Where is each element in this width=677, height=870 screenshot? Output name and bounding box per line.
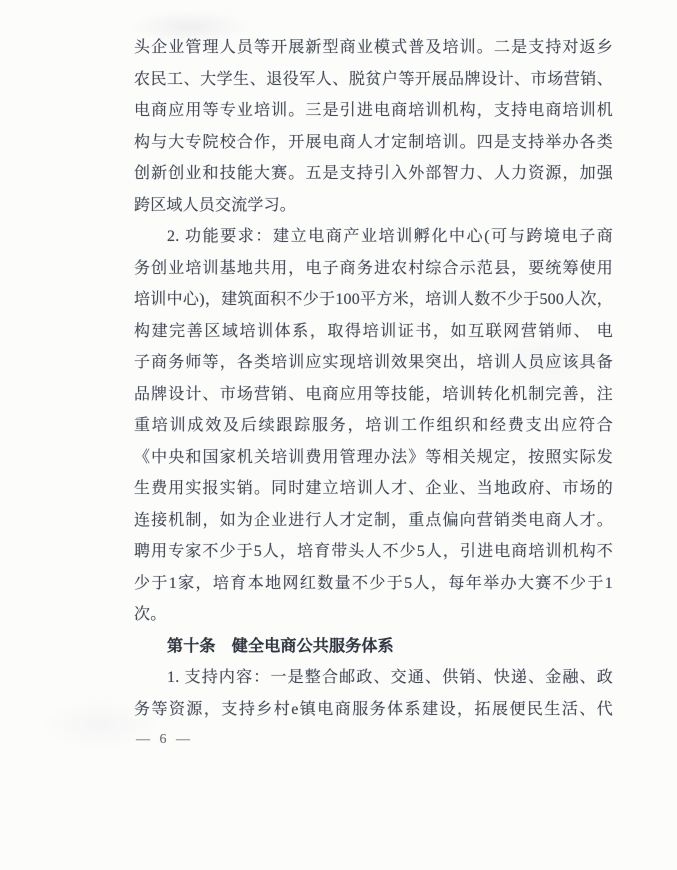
text-line: 跨区域人员交流学习。 [134,190,613,222]
text-line: 创新创业和技能大赛。五是支持引入外部智力、人力资源，加强 [134,158,613,190]
document-text-block: 头企业管理人员等开展新型商业模式普及培训。二是支持对返乡农民工、大学生、退役军人… [134,32,613,725]
scanned-document-page: 头企业管理人员等开展新型商业模式普及培训。二是支持对返乡农民工、大学生、退役军人… [0,0,677,870]
text-line: 务等资源，支持乡村e镇电商服务体系建设，拓展便民生活、代 [134,694,613,726]
text-line: 品牌设计、市场营销、电商应用等技能，培训转化机制完善，注 [134,379,613,411]
text-line: 构建完善区域培训体系，取得培训证书，如互联网营销师、 电 [134,316,613,348]
text-line: 生费用实报实销。同时建立培训人才、企业、当地政府、市场的 [134,473,613,505]
text-line: 子商务师等，各类培训应实现培训效果突出，培训人员应该具备 [134,347,613,379]
text-line: 《中央和国家机关培训费用管理办法》等相关规定，按照实际发 [134,442,613,474]
text-line: 聘用专家不少于5人，培育带头人不少5人，引进电商培训机构不 [134,536,613,568]
text-line: 1. 支持内容：一是整合邮政、交通、供销、快递、金融、政 [134,662,613,694]
text-line: 电商应用等专业培训。三是引进电商培训机构，支持电商培训机 [134,95,613,127]
text-line: 农民工、大学生、退役军人、脱贫户等开展品牌设计、市场营销、 [134,64,613,96]
text-line: 连接机制，如为企业进行人才定制，重点偏向营销类电商人才。 [134,505,613,537]
text-line: 构与大专院校合作，开展电商人才定制培训。四是支持举办各类 [134,127,613,159]
text-line: 培训中心)，建筑面积不少于100平方米，培训人数不少于500人次， [134,284,613,316]
text-line: 务创业培训基地共用，电子商务进农村综合示范县，要统筹使用 [134,253,613,285]
page-number: — 6 — [136,730,193,750]
text-line: 次。 [134,599,613,631]
text-line: 重培训成效及后续跟踪服务，培训工作组织和经费支出应符合 [134,410,613,442]
text-line: 少于1家，培育本地网红数量不少于5人，每年举办大赛不少于1 [134,568,613,600]
text-line: 头企业管理人员等开展新型商业模式普及培训。二是支持对返乡 [134,32,613,64]
section-heading: 第十条 健全电商公共服务体系 [134,631,613,663]
text-line: 2. 功能要求：建立电商产业培训孵化中心(可与跨境电子商 [134,221,613,253]
